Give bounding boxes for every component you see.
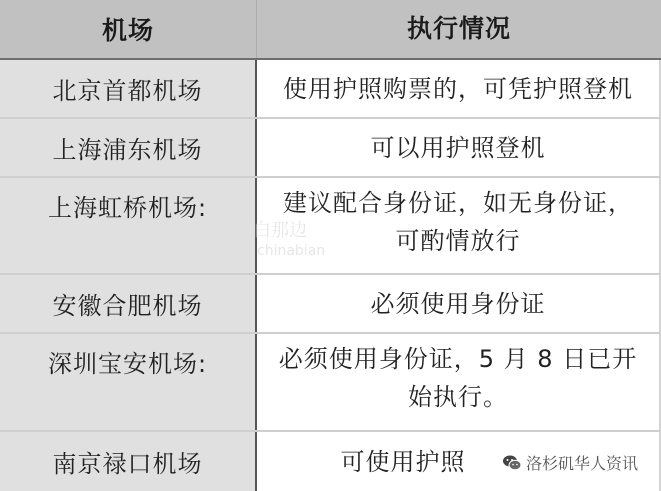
status-cell: 建议配合身份证，如无身份证，可酌情放行 [257,178,661,273]
airport-cell: 安徽合肥机场 [0,275,257,332]
header-airport: 机场 [0,0,257,58]
status-cell: 必须使用身份证，5 月 8 日已开始执行。 [257,334,661,430]
header-status: 执行情况 [257,0,661,58]
airport-cell: 北京首都机场 [0,60,257,117]
table-header-row: 机场 执行情况 [0,0,661,60]
wechat-account-watermark: 洛杉矶华人资讯 [500,449,640,476]
airport-cell: 上海虹桥机场: [0,178,257,273]
status-cell: 使用护照购票的，可凭护照登机 [257,60,661,117]
airport-cell: 深圳宝安机场: [0,334,257,430]
airport-cell: 上海浦东机场 [0,119,257,176]
status-cell: 必须使用身份证 [257,275,661,332]
table-row: 安徽合肥机场 必须使用身份证 [0,275,661,334]
table-row: 深圳宝安机场: 必须使用身份证，5 月 8 日已开始执行。 [0,334,661,432]
wechat-icon [502,454,522,472]
table-row: 上海浦东机场 可以用护照登机 [0,119,661,178]
wechat-account-name: 洛杉矶华人资讯 [526,451,638,474]
airport-cell: 南京禄口机场 [0,432,257,491]
airport-id-policy-table: 机场 执行情况 北京首都机场 使用护照购票的，可凭护照登机 上海浦东机场 可以用… [0,0,661,491]
status-cell: 可以用护照登机 [257,119,661,176]
table-row: 上海虹桥机场: 建议配合身份证，如无身份证，可酌情放行 [0,178,661,275]
table-row: 北京首都机场 使用护照购票的，可凭护照登机 [0,60,661,119]
